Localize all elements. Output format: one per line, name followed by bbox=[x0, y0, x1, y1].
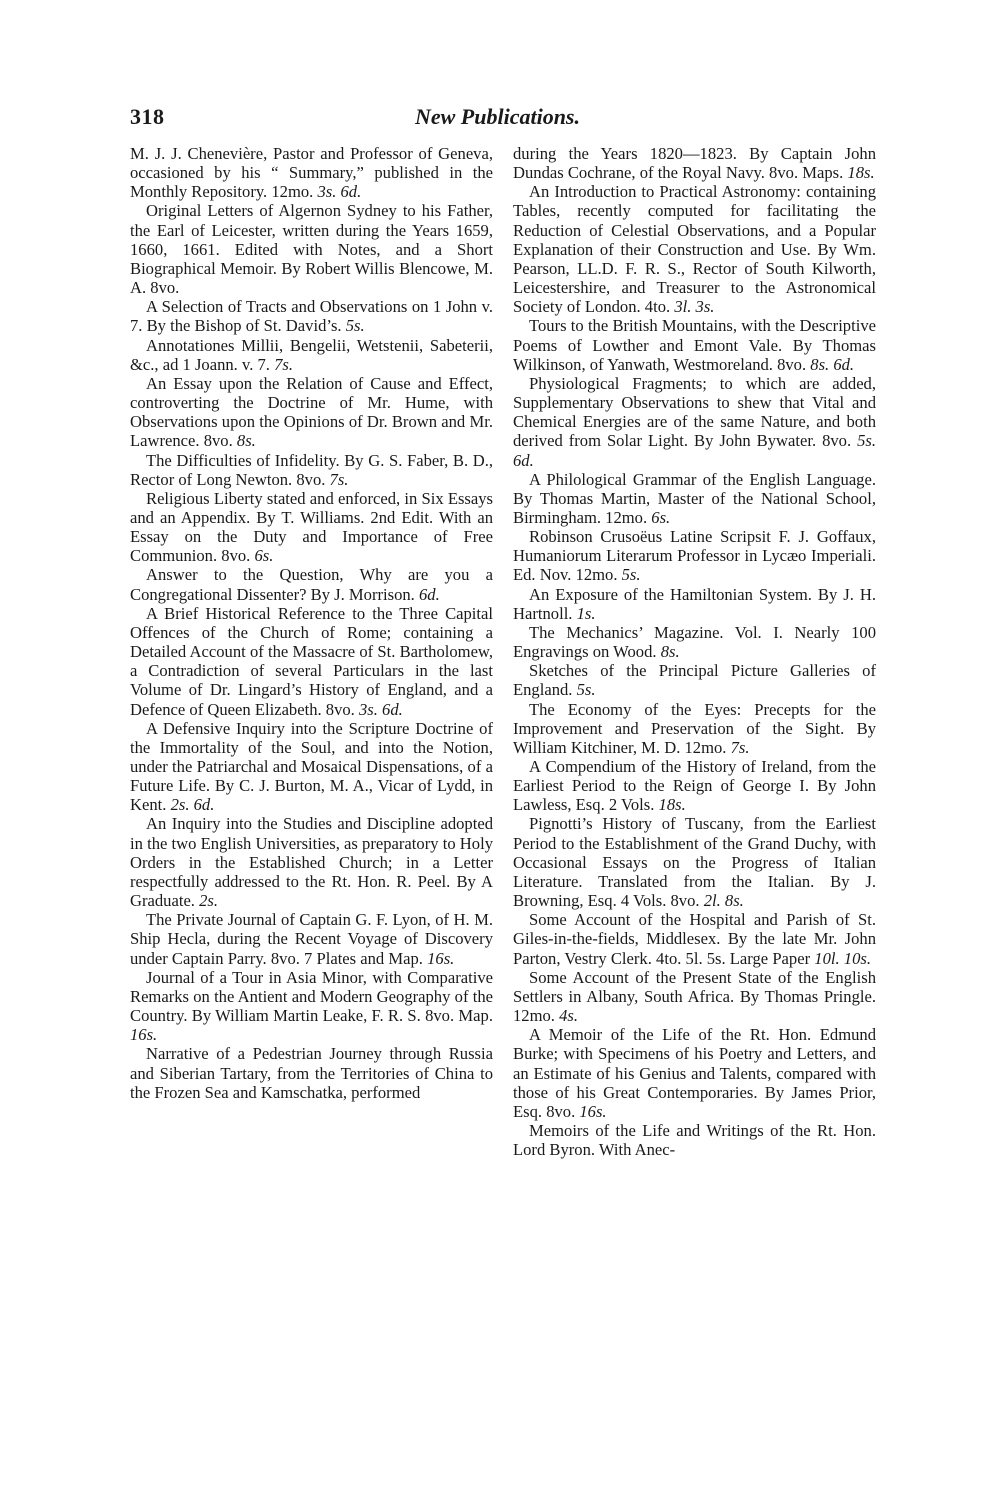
entry-price: 3s. 6d. bbox=[359, 700, 403, 719]
publication-entry: Original Letters of Algernon Sydney to h… bbox=[130, 201, 493, 297]
publication-entry: Robinson Crusoëus Latine Scripsit F. J. … bbox=[513, 527, 876, 584]
publication-entry: Narrative of a Pedestrian Journey throug… bbox=[130, 1044, 493, 1101]
entry-text: M. J. J. Chenevière, Pastor and Professo… bbox=[130, 144, 493, 201]
publication-entry: Some Account of the Hospital and Parish … bbox=[513, 910, 876, 967]
running-title-text: New Publications. bbox=[415, 104, 580, 129]
entry-text: Robinson Crusoëus Latine Scripsit F. J. … bbox=[513, 527, 876, 584]
entry-text: Religious Liberty stated and enforced, i… bbox=[130, 489, 493, 565]
entry-price: 8s. bbox=[237, 431, 256, 450]
publication-entry: A Brief Historical Reference to the Thre… bbox=[130, 604, 493, 719]
publication-entry: A Memoir of the Life of the Rt. Hon. Edm… bbox=[513, 1025, 876, 1121]
publication-entry: The Economy of the Eyes: Precepts for th… bbox=[513, 700, 876, 757]
entry-text: An Essay upon the Relation of Cause and … bbox=[130, 374, 493, 450]
entry-price: 6s. bbox=[651, 508, 670, 527]
publication-entry: An Inquiry into the Studies and Discipli… bbox=[130, 814, 493, 910]
publication-entry: Annotationes Millii, Bengelii, Wetstenii… bbox=[130, 336, 493, 374]
entry-text: Pignotti’s History of Tuscany, from the … bbox=[513, 814, 876, 910]
entry-price: 2s. bbox=[199, 891, 218, 910]
publication-entry: The Private Journal of Captain G. F. Lyo… bbox=[130, 910, 493, 967]
entry-price: 18s. bbox=[847, 163, 874, 182]
publication-entry: Some Account of the Present State of the… bbox=[513, 968, 876, 1025]
publication-entry: A Philological Grammar of the English La… bbox=[513, 470, 876, 527]
entry-price: 2l. 8s. bbox=[704, 891, 744, 910]
publication-entry: An Essay upon the Relation of Cause and … bbox=[130, 374, 493, 451]
publication-entry: The Difficulties of Infidelity. By G. S.… bbox=[130, 451, 493, 489]
entry-text: A Compendium of the History of Ireland, … bbox=[513, 757, 876, 814]
entry-text: Annotationes Millii, Bengelii, Wetstenii… bbox=[130, 336, 493, 374]
entry-price: 7s. bbox=[274, 355, 293, 374]
entry-text: A Selection of Tracts and Observations o… bbox=[130, 297, 493, 335]
entry-text: Memoirs of the Life and Writings of the … bbox=[513, 1121, 876, 1159]
entry-price: 8s. 6d. bbox=[810, 355, 854, 374]
entry-price: 18s. bbox=[659, 795, 686, 814]
entry-text: A Philological Grammar of the English La… bbox=[513, 470, 876, 527]
entry-text: The Difficulties of Infidelity. By G. S.… bbox=[130, 451, 493, 489]
entry-price: 10l. 10s. bbox=[814, 949, 871, 968]
publication-entry: A Compendium of the History of Ireland, … bbox=[513, 757, 876, 814]
entry-text: during the Years 1820—1823. By Captain J… bbox=[513, 144, 876, 182]
publication-entry: An Introduction to Practical Astronomy: … bbox=[513, 182, 876, 316]
publication-entry: An Exposure of the Hamiltonian System. B… bbox=[513, 585, 876, 623]
entry-price: 4s. bbox=[559, 1006, 578, 1025]
publication-entry: A Defensive Inquiry into the Scripture D… bbox=[130, 719, 493, 815]
publication-entry: Pignotti’s History of Tuscany, from the … bbox=[513, 814, 876, 910]
entry-text: The Mechanics’ Magazine. Vol. I. Nearly … bbox=[513, 623, 876, 661]
entry-price: 16s. bbox=[130, 1025, 157, 1044]
entry-text: Sketches of the Principal Picture Galler… bbox=[513, 661, 876, 699]
entry-price: 5s. bbox=[346, 316, 365, 335]
publication-entry: A Selection of Tracts and Observations o… bbox=[130, 297, 493, 335]
publication-entry: Memoirs of the Life and Writings of the … bbox=[513, 1121, 876, 1159]
right-column: during the Years 1820—1823. By Captain J… bbox=[513, 144, 876, 1159]
entry-text: An Exposure of the Hamiltonian System. B… bbox=[513, 585, 876, 623]
entry-price: 16s. bbox=[427, 949, 454, 968]
publication-entry: Answer to the Question, Why are you a Co… bbox=[130, 565, 493, 603]
publication-entry: The Mechanics’ Magazine. Vol. I. Nearly … bbox=[513, 623, 876, 661]
entry-price: 7s. bbox=[731, 738, 750, 757]
publication-entry: Sketches of the Principal Picture Galler… bbox=[513, 661, 876, 699]
entry-text: A Memoir of the Life of the Rt. Hon. Edm… bbox=[513, 1025, 876, 1121]
entry-price: 16s. bbox=[579, 1102, 606, 1121]
entry-text: Physiological Fragments; to which are ad… bbox=[513, 374, 876, 450]
publication-entry: Tours to the British Mountains, with the… bbox=[513, 316, 876, 373]
entry-text: A Brief Historical Reference to the Thre… bbox=[130, 604, 493, 719]
entry-text: The Economy of the Eyes: Precepts for th… bbox=[513, 700, 876, 757]
entry-price: 5s. bbox=[622, 565, 641, 584]
left-column: M. J. J. Chenevière, Pastor and Professo… bbox=[130, 144, 493, 1102]
entry-price: 3s. 6d. bbox=[317, 182, 361, 201]
entry-price: 1s. bbox=[577, 604, 596, 623]
entry-price: 8s. bbox=[661, 642, 680, 661]
entry-price: 6s. bbox=[254, 546, 273, 565]
entry-text: Journal of a Tour in Asia Minor, with Co… bbox=[130, 968, 493, 1025]
entry-price: 2s. 6d. bbox=[171, 795, 215, 814]
entry-text: An Introduction to Practical Astronomy: … bbox=[513, 182, 876, 316]
publication-entry: Physiological Fragments; to which are ad… bbox=[513, 374, 876, 470]
publication-entry: during the Years 1820—1823. By Captain J… bbox=[513, 144, 876, 182]
entry-price: 7s. bbox=[330, 470, 349, 489]
entry-price: 3l. 3s. bbox=[674, 297, 714, 316]
entry-text: Narrative of a Pedestrian Journey throug… bbox=[130, 1044, 493, 1101]
entry-text: An Inquiry into the Studies and Discipli… bbox=[130, 814, 493, 910]
entry-price: 5s. bbox=[577, 680, 596, 699]
entry-text: Original Letters of Algernon Sydney to h… bbox=[130, 201, 493, 297]
publication-entry: Journal of a Tour in Asia Minor, with Co… bbox=[130, 968, 493, 1045]
publication-entry: M. J. J. Chenevière, Pastor and Professo… bbox=[130, 144, 493, 201]
running-title: New Publications. bbox=[0, 104, 1005, 130]
publication-entry: Religious Liberty stated and enforced, i… bbox=[130, 489, 493, 566]
entry-price: 6d. bbox=[419, 585, 440, 604]
